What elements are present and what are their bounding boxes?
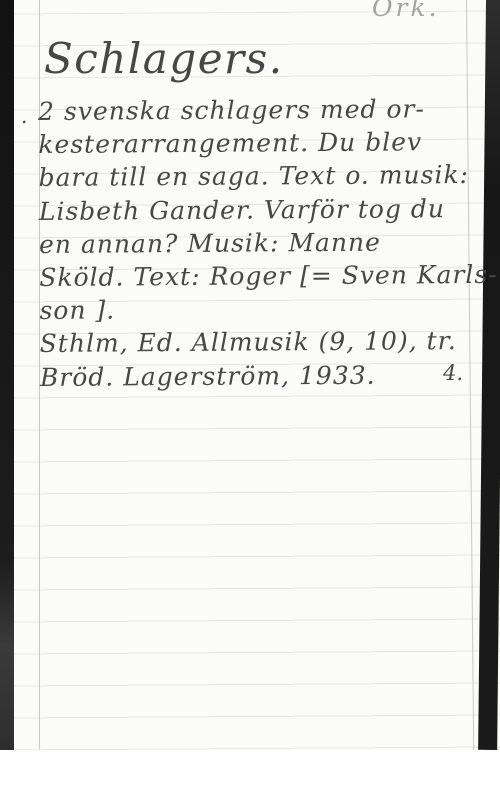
body-line: Sköld. Text: Roger [= Sven Karls-: [39, 258, 494, 294]
scan-edge-left: [0, 0, 14, 750]
body-line: 2 svenska schlagers med or-: [38, 92, 493, 128]
scanned-catalog-card-screenshot: { "document": { "corner_annotation": "Or…: [0, 0, 500, 800]
body-line: Bröd. Lagerström, 1933.: [40, 357, 495, 393]
body-line: kesterarrangement. Du blev: [38, 125, 493, 161]
page-number: 4.: [443, 361, 463, 385]
body-line: son ].: [39, 291, 494, 327]
card-title: Schlagers.: [44, 34, 284, 83]
body-line: Lisbeth Gander. Varför tog du: [39, 191, 494, 227]
body-line: bara till en saga. Text o. musik:: [38, 158, 493, 194]
body-line: en annan? Musik: Manne: [39, 225, 494, 261]
catalog-card-scan: Ork. Schlagers. . 2 svenska schlagers me…: [0, 0, 500, 750]
card-body: 2 svenska schlagers med or- kesterarrang…: [38, 92, 495, 394]
margin-mark: .: [21, 104, 27, 128]
body-line: Sthlm, Ed. Allmusik (9, 10), tr.: [40, 324, 495, 360]
corner-annotation: Ork.: [372, 0, 440, 22]
scan-bottom-whitespace: [0, 750, 500, 800]
